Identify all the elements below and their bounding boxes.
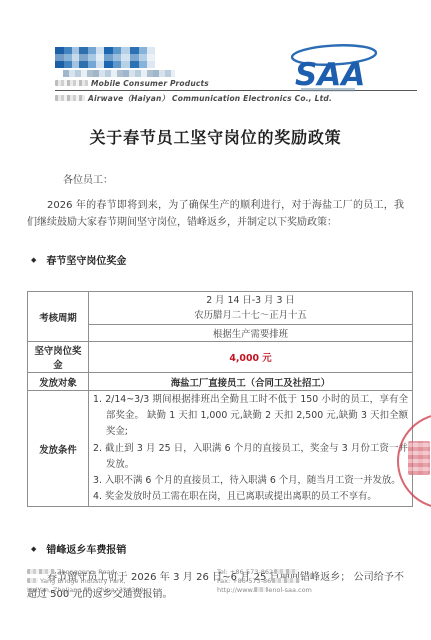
table-row-period: 考核周期 2 月 14 日-3 月 3 日 农历腊月二十七～正月十五 bbox=[28, 292, 413, 325]
section2-heading-row: ◆ 错峰返乡车费报销 bbox=[31, 541, 404, 556]
condition-item-4: 4. 奖金发放时员工需在职在岗，且已离职或提出离职的员工不享有。 bbox=[93, 489, 408, 505]
footer-web-prefix-text: http://www. bbox=[217, 586, 254, 594]
condition-item-3: 3. 入职不满 6 个月的直接员工，待入职满 6 个月，随当月工资一并发放。 bbox=[93, 473, 408, 489]
redacted-text-block bbox=[272, 578, 300, 583]
footer-address-line-1: Zhonggang. Road., bbox=[27, 568, 217, 577]
redacted-text-block bbox=[27, 569, 55, 574]
table-row-bonus: 坚守岗位奖金 4,000 元 bbox=[28, 342, 413, 373]
redacted-text-block bbox=[55, 95, 85, 101]
salutation: 各位员工： bbox=[63, 171, 404, 186]
footer-web-line: http://www.enol-saa.com bbox=[217, 586, 312, 595]
footer-address-line-3: HaiYan, ZheJiang PR, China, 314300 bbox=[27, 586, 217, 595]
condition-item-1: 1. 2/14~3/3 期间根据排班出全勤且工时不低于 150 小时的员工，享有… bbox=[93, 392, 408, 441]
conditions-cell: 1. 2/14~3/3 期间根据排班出全勤且工时不低于 150 小时的员工，享有… bbox=[89, 391, 413, 507]
footer-address-line-2: Yang Bridge Industry Park, bbox=[27, 577, 217, 586]
company-name-1-text: Mobile Consumer Products bbox=[91, 79, 209, 88]
document-body: 关于春节员工坚守岗位的奖励政策 各位员工： 2026 年的春节即将到来，为了确保… bbox=[27, 125, 404, 603]
section1-heading: 春节坚守岗位奖金 bbox=[46, 252, 126, 267]
period-lunar-range: 农历腊月二十七～正月十五 bbox=[93, 308, 408, 323]
footer-tel-line: Tel: +86-573-862 bbox=[217, 568, 312, 577]
row-label-period: 考核周期 bbox=[28, 292, 89, 342]
redacted-text-block bbox=[274, 569, 298, 574]
period-date-range: 2 月 14 日-3 月 3 日 bbox=[93, 293, 408, 308]
footer-address-2-text: Yang Bridge Industry Park, bbox=[40, 577, 126, 585]
footer-contact-block: Tel: +86-573-862 Fax: +86-573-86 http://… bbox=[217, 568, 312, 595]
saa-logo-tagline-redacted bbox=[301, 88, 355, 91]
period-dates-cell: 2 月 14 日-3 月 3 日 农历腊月二十七～正月十五 bbox=[89, 292, 413, 325]
row-label-bonus: 坚守岗位奖金 bbox=[28, 342, 89, 373]
bonus-policy-table: 考核周期 2 月 14 日-3 月 3 日 农历腊月二十七～正月十五 根据生产需… bbox=[27, 291, 413, 507]
redacted-text-block bbox=[27, 578, 38, 583]
target-employees: 海盐工厂直接员工（合同工及社招工） bbox=[89, 373, 413, 391]
bonus-amount: 4,000 元 bbox=[89, 342, 413, 373]
footer-fax-text: Fax: +86-573-86 bbox=[217, 577, 271, 585]
company-logo-redacted-strip bbox=[63, 70, 175, 77]
document-page: Mobile Consumer Products Airwave（Haiyan）… bbox=[0, 0, 431, 640]
row-label-conditions: 发放条件 bbox=[28, 391, 89, 507]
page-title: 关于春节员工坚守岗位的奖励政策 bbox=[27, 125, 404, 148]
section1-heading-row: ◆ 春节坚守岗位奖金 bbox=[31, 252, 404, 267]
footer-tel-text: Tel: +86-573-862 bbox=[217, 568, 273, 576]
table-row-target: 发放对象 海盐工厂直接员工（合同工及社招工） bbox=[28, 373, 413, 391]
bullet-icon: ◆ bbox=[31, 256, 36, 264]
condition-item-2: 2. 截止到 3 月 25 日，入职满 6 个月的直接员工，奖金与 3 月份工资… bbox=[93, 441, 408, 473]
company-logo-redacted bbox=[55, 47, 155, 68]
company-seal-redacted-center bbox=[408, 441, 430, 475]
bullet-icon: ◆ bbox=[31, 545, 36, 553]
saa-logo-text: SAA bbox=[295, 57, 365, 93]
intro-paragraph: 2026 年的春节即将到来，为了确保生产的顺利进行，对于海盐工厂的员工，我们继续… bbox=[27, 197, 404, 231]
footer-fax-line: Fax: +86-573-86 bbox=[217, 577, 312, 586]
footer-web-suffix-text: enol-saa.com bbox=[268, 586, 312, 594]
footer-address-block: Zhonggang. Road., Yang Bridge Industry P… bbox=[27, 568, 217, 595]
saa-logo: SAA bbox=[288, 42, 378, 102]
letter-footer: Zhonggang. Road., Yang Bridge Industry P… bbox=[27, 568, 419, 595]
table-row-conditions: 发放条件 1. 2/14~3/3 期间根据排班出全勤且工时不低于 150 小时的… bbox=[28, 391, 413, 507]
schedule-note-cell: 根据生产需要排班 bbox=[89, 325, 413, 342]
footer-address-1-text: Zhonggang. Road., bbox=[57, 568, 119, 576]
row-label-target: 发放对象 bbox=[28, 373, 89, 391]
section2-heading: 错峰返乡车费报销 bbox=[46, 541, 126, 556]
redacted-text-block bbox=[254, 587, 268, 592]
redacted-text-block bbox=[55, 80, 88, 86]
